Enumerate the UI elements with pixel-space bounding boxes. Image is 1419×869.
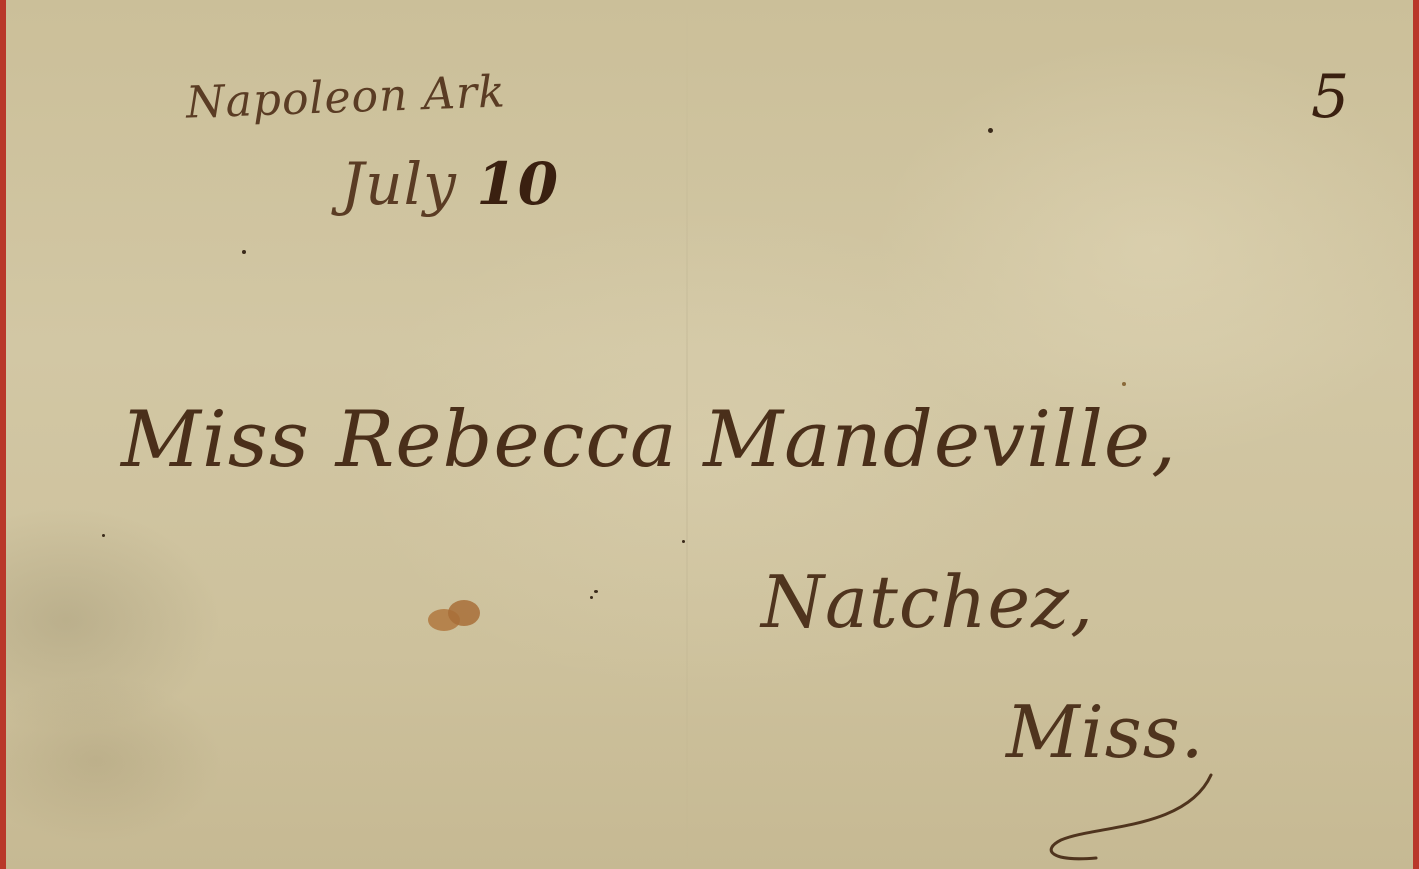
postmark-town: Napoleon Ark xyxy=(185,66,506,128)
postmark-date: July 10 xyxy=(341,150,559,218)
postmark-day: 10 xyxy=(476,150,559,218)
speck xyxy=(242,250,246,254)
addressee-name: Miss Rebecca Mandeville, xyxy=(121,395,1177,485)
address-city: Natchez, xyxy=(761,560,1094,644)
speck xyxy=(102,534,105,537)
rate-marking: 5 xyxy=(1311,62,1350,132)
speck xyxy=(682,540,685,543)
speck xyxy=(1122,382,1126,386)
address-state: Miss. xyxy=(1006,690,1205,774)
flourish-icon xyxy=(1036,770,1216,865)
ink-stain-icon xyxy=(426,598,484,634)
postmark-month: July xyxy=(341,150,457,218)
speck xyxy=(590,596,593,599)
envelope: Napoleon Ark July 10 5 Miss Rebecca Mand… xyxy=(6,0,1413,869)
speck xyxy=(988,128,993,133)
speck xyxy=(594,590,598,593)
